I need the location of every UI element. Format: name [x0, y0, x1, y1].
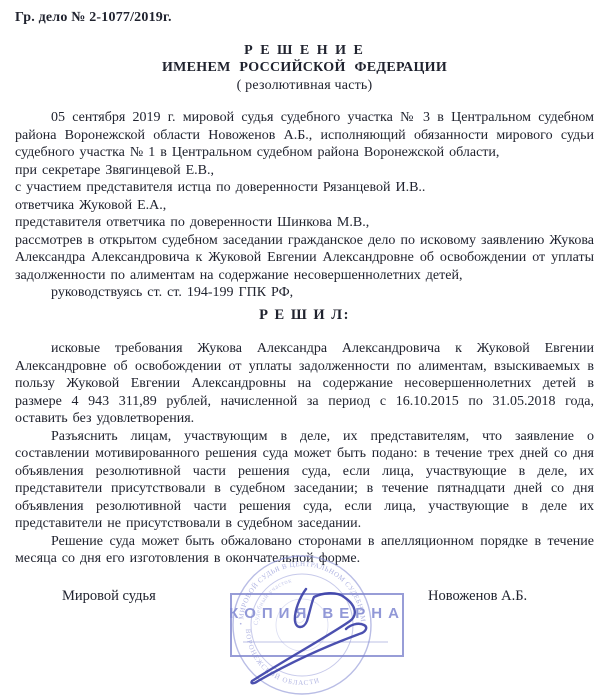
decision-part-note: ( резолютивная часть) — [15, 77, 594, 95]
participant-secretary: при секретаре Звягинцевой Е.В., — [15, 162, 594, 180]
resolution-paragraph-2: Разъяснить лицам, участвующим в деле, их… — [15, 428, 594, 533]
participant-plaintiff-rep: с участием представителя истца по довере… — [15, 179, 594, 197]
participant-defendant: ответчика Жуковой Е.А., — [15, 197, 594, 215]
court-decision-page: Гр. дело № 2-1077/2019г. Р Е Ш Е Н И Е И… — [0, 0, 607, 696]
resolution-paragraph-1: исковые требования Жукова Александра Але… — [15, 340, 594, 428]
decision-subtitle: ИМЕНЕМ РОССИЙСКОЙ ФЕДЕРАЦИИ — [15, 59, 594, 77]
resolution-paragraph-3: Решение суда может быть обжаловано сторо… — [15, 533, 594, 568]
participant-defendant-rep: представителя ответчика по доверенности … — [15, 214, 594, 232]
document-heading: Р Е Ш Е Н И Е ИМЕНЕМ РОССИЙСКОЙ ФЕДЕРАЦИ… — [15, 42, 594, 95]
guided-by-line: руководствуясь ст. ст. 194-199 ГПК РФ, — [15, 284, 594, 302]
intro-paragraph: 05 сентября 2019 г. мировой судья судебн… — [15, 109, 594, 162]
decision-title: Р Е Ш Е Н И Е — [15, 42, 594, 60]
resolution-header: Р Е Ш И Л: — [15, 307, 594, 325]
case-number: Гр. дело № 2-1077/2019г. — [15, 9, 594, 27]
case-description: рассмотрев в открытом судебном заседании… — [15, 232, 594, 285]
